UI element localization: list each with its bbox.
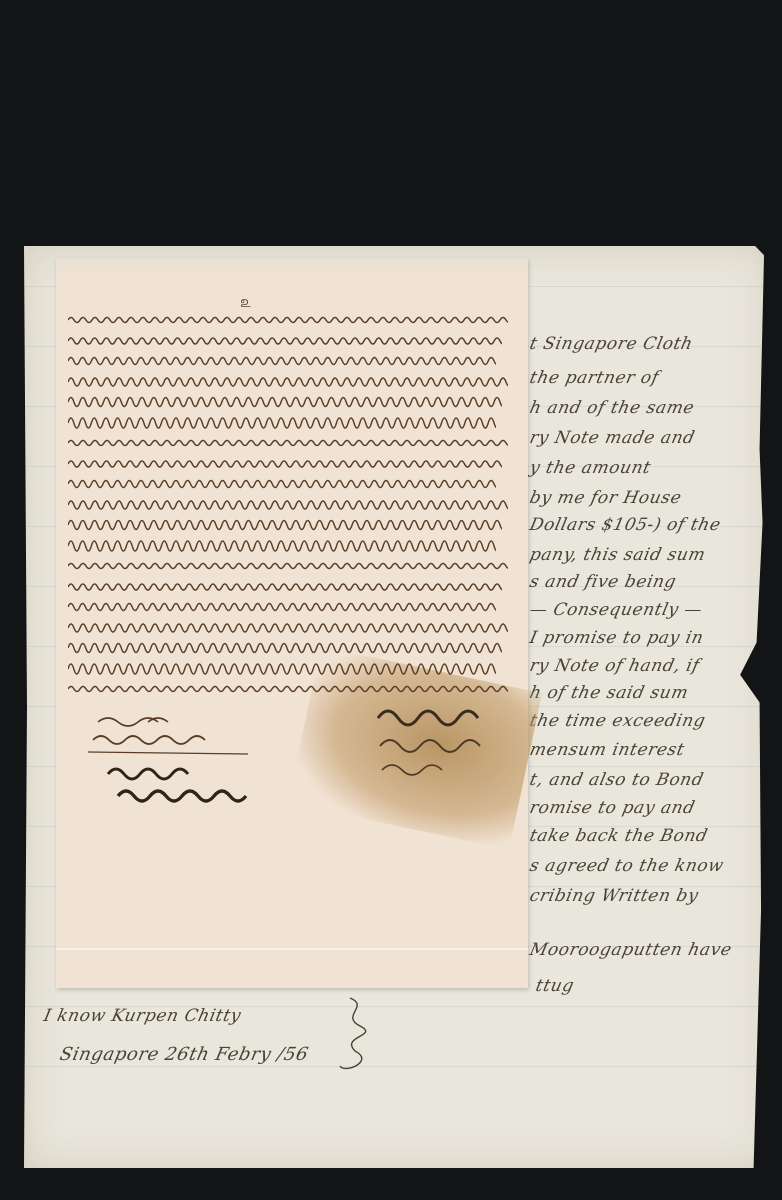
tamil-text-line <box>68 513 502 535</box>
signature-line: I know Kurpen Chitty <box>42 1006 243 1026</box>
english-line: the time exceeding <box>528 711 708 731</box>
tamil-text-line <box>68 534 496 556</box>
tamil-text-line <box>68 431 508 453</box>
english-line: the partner of <box>528 368 661 388</box>
tamil-text-line <box>68 452 502 474</box>
english-line: h of the said sum <box>528 683 690 703</box>
english-line: s agreed to the know <box>528 856 726 876</box>
tamil-signature-left <box>88 712 288 822</box>
tamil-text-line <box>68 472 496 494</box>
english-line: I promise to pay in <box>528 628 706 648</box>
english-line: Dollars $105-) of the <box>528 515 723 535</box>
tamil-text-line <box>68 616 508 638</box>
english-line: t Singapore Cloth <box>528 334 695 354</box>
english-line: take back the Bond <box>528 826 710 846</box>
fold-crease <box>56 948 528 950</box>
tamil-text-line <box>68 308 508 330</box>
ruled-line <box>24 1066 770 1067</box>
tamil-text-line <box>68 390 502 412</box>
tamil-text-line <box>68 595 496 617</box>
tamil-text-line <box>68 575 502 597</box>
tamil-text-line <box>68 411 496 433</box>
tamil-text-line <box>68 329 502 351</box>
english-line: s and five being <box>528 572 678 592</box>
english-line: ttug <box>534 976 576 996</box>
tamil-text-line <box>68 370 508 392</box>
english-line: ry Note made and <box>528 428 697 448</box>
english-line: cribing Written by <box>528 886 701 906</box>
english-line: pany, this said sum <box>528 545 708 565</box>
tamil-signature-right <box>372 700 512 790</box>
english-line: by me for House <box>528 488 684 508</box>
tamil-text-line <box>68 657 496 679</box>
english-line: y the amount <box>528 458 653 478</box>
english-line: — Consequently — <box>528 600 704 620</box>
tamil-text-line <box>68 493 508 515</box>
tamil-text-line <box>68 554 508 576</box>
english-line: mensum interest <box>528 740 687 760</box>
sheet-top-edge <box>56 258 528 272</box>
english-line: romise to pay and <box>528 798 697 818</box>
flourish-bracket <box>330 996 390 1080</box>
tamil-text-line <box>68 636 502 658</box>
tamil-text-line <box>68 677 508 699</box>
tamil-text-line <box>68 349 496 371</box>
date-line: Singapore 26th Febry /56 <box>58 1044 311 1065</box>
english-line: h and of the same <box>528 398 696 418</box>
english-line: ry Note of hand, if <box>528 656 702 676</box>
english-line: t, and also to Bond <box>528 770 706 790</box>
english-line: Mooroogaputten have <box>528 940 734 960</box>
